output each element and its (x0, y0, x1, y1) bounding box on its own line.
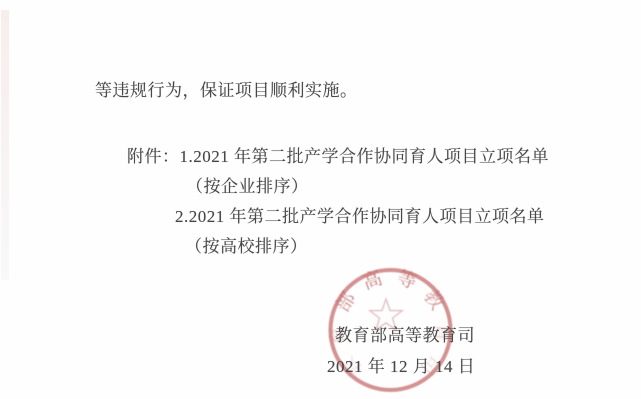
document-page: 教育部高等教育司 等违规行为，保证项目顺利实施。 附件：1.2021 年第二批产… (0, 0, 641, 399)
attachment-line-1: 附件：1.2021 年第二批产学合作协同育人项目立项名单 (127, 147, 549, 167)
attachment-line-2: 2.2021 年第二批产学合作协同育人项目立项名单 (175, 207, 545, 227)
date: 2021 年 12 月 14 日 (327, 357, 475, 377)
signature: 教育部高等教育司 (335, 326, 475, 346)
seal-char: 教 (419, 286, 448, 314)
scan-artifact (1, 10, 9, 280)
attachment-note-1: （按企业排序） (186, 177, 309, 197)
body-text: 等违规行为，保证项目顺利实施。 (95, 81, 358, 101)
seal-char: 部 (332, 288, 361, 316)
attachment-note-2: （按高校排序） (185, 237, 308, 257)
